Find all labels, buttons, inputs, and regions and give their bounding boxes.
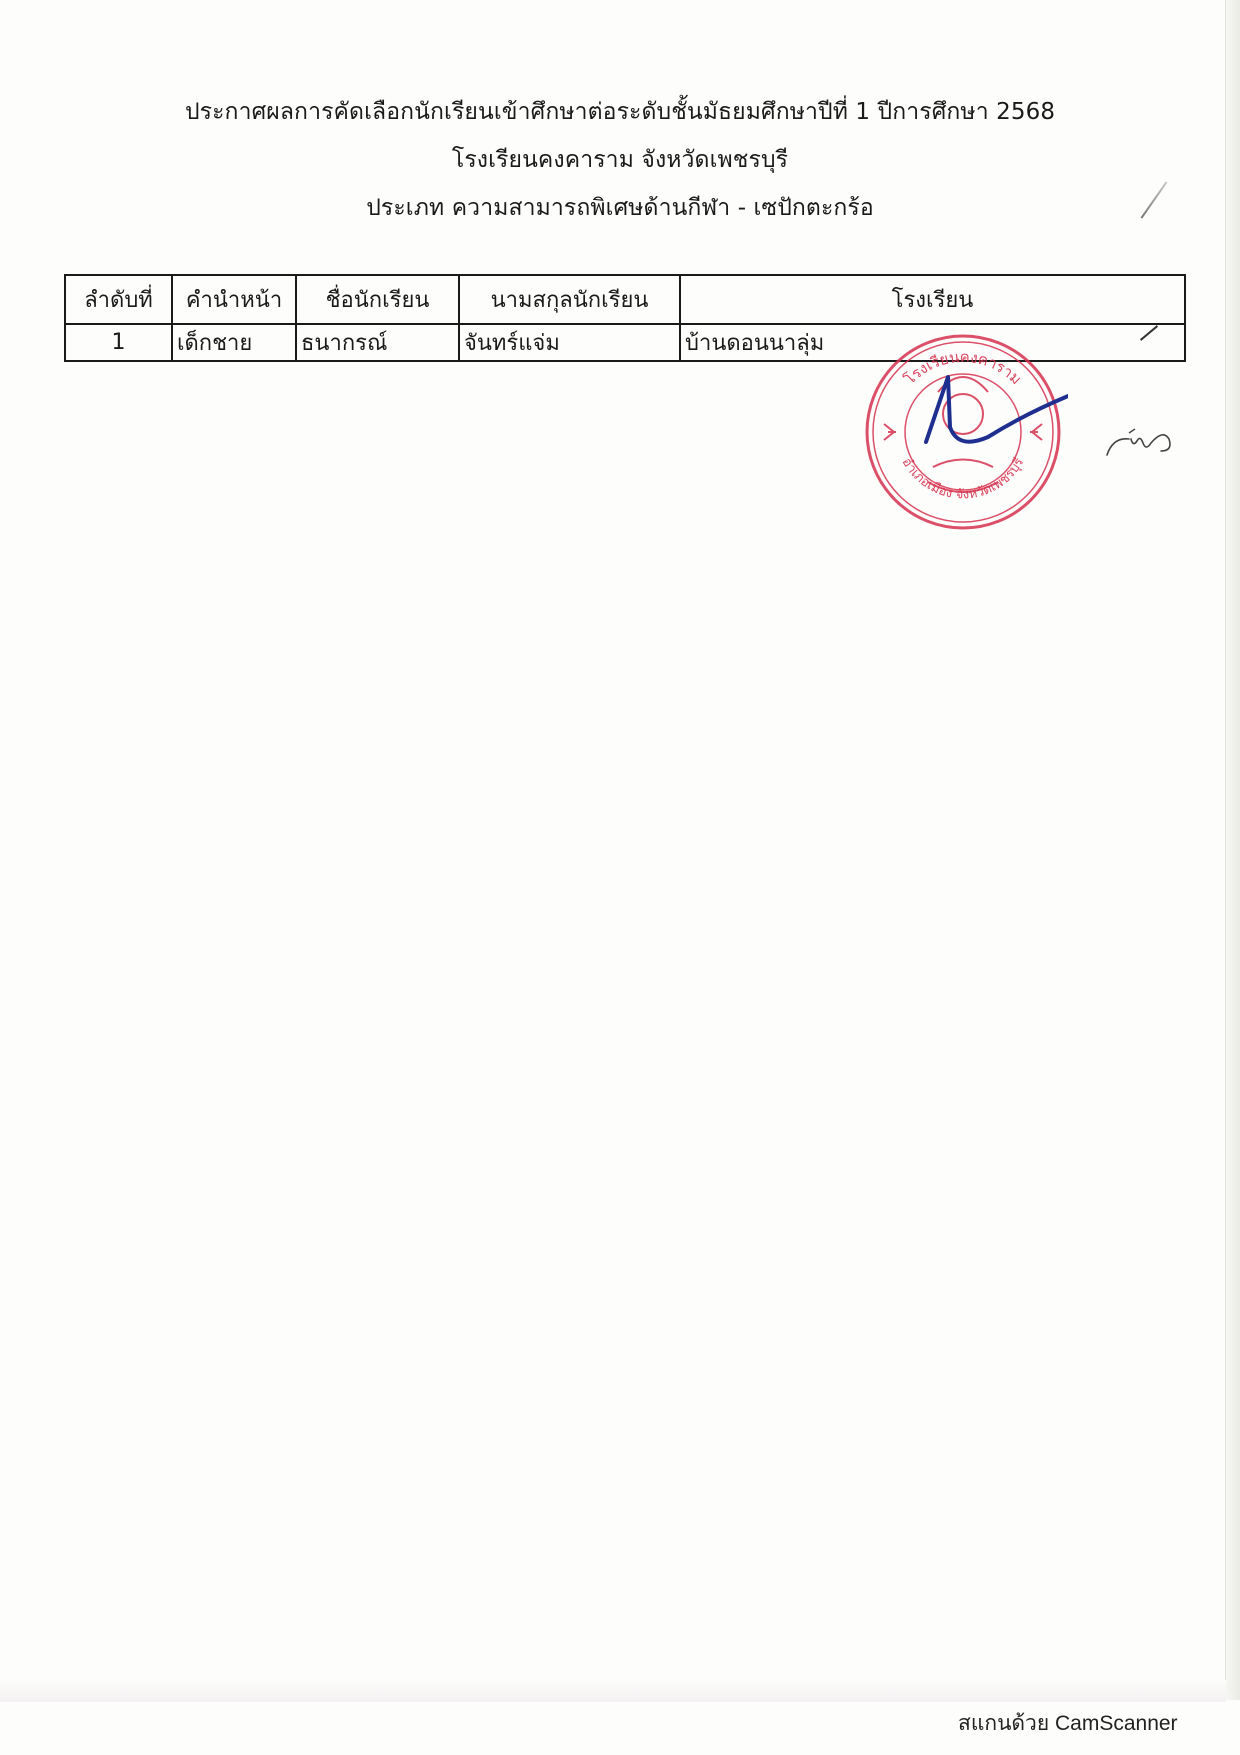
- school-seal-stamp: โรงเรียนคงคาราม อำเภอเมือง จังหวัดเพชรบุ…: [858, 332, 1068, 532]
- cell-last-name: จันทร์แจ่ม: [459, 324, 680, 361]
- scanner-watermark: สแกนด้วย CamScanner: [958, 1707, 1178, 1740]
- cell-first-name: ธนากรณ์: [296, 324, 459, 361]
- cell-order: 1: [65, 324, 172, 361]
- header-school: โรงเรียน: [680, 275, 1185, 324]
- header-prefix: คำนำหน้า: [172, 275, 296, 324]
- school-name: โรงเรียนคงคาราม จังหวัดเพชรบุรี: [0, 136, 1240, 184]
- header-order: ลำดับที่: [65, 275, 172, 324]
- svg-text:อำเภอเมือง จังหวัดเพชรบุรี: อำเภอเมือง จังหวัดเพชรบุรี: [899, 455, 1028, 502]
- paper-edge: [1225, 0, 1240, 1700]
- category-title: ประเภท ความสามารถพิเศษด้านกีฬา - เซปักตะ…: [0, 184, 1240, 232]
- scan-edge: [0, 1680, 1226, 1702]
- announcement-title: ประกาศผลการคัดเลือกนักเรียนเข้าศึกษาต่อร…: [0, 88, 1240, 136]
- cell-prefix: เด็กชาย: [172, 324, 296, 361]
- table-header-row: ลำดับที่ คำนำหน้า ชื่อนักเรียน นามสกุลนั…: [65, 275, 1185, 324]
- header-last-name: นามสกุลนักเรียน: [459, 275, 680, 324]
- document-header: ประกาศผลการคัดเลือกนักเรียนเข้าศึกษาต่อร…: [0, 88, 1240, 232]
- header-first-name: ชื่อนักเรียน: [296, 275, 459, 324]
- initials-signature: [1103, 425, 1178, 465]
